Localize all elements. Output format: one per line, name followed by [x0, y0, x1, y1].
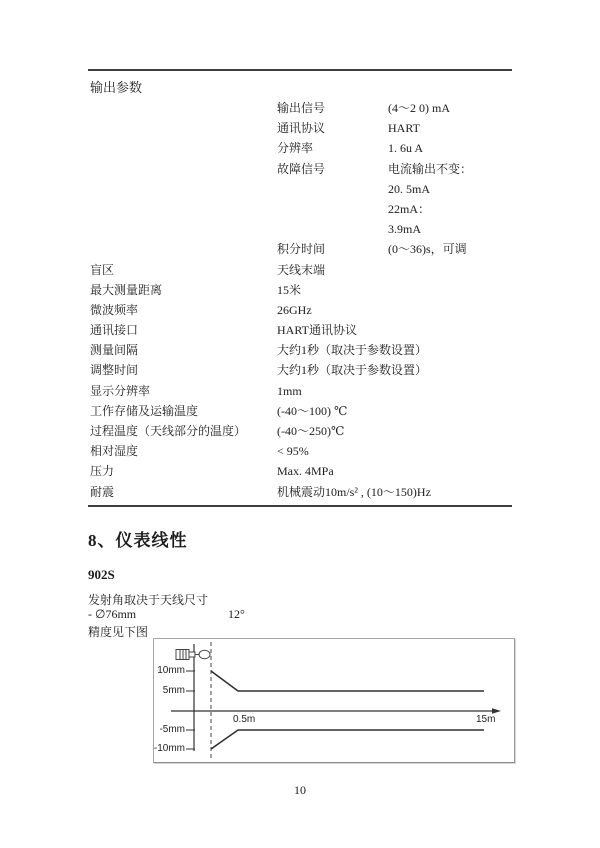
table-row: 工作存储及运输温度(-40～100) ℃ [90, 403, 520, 423]
y-tick-label: -10mm [152, 743, 185, 754]
section-heading: 8、仪表线性 [88, 526, 188, 551]
x-tick-label: 0.5m [233, 714, 255, 725]
antenna-diameter: - ∅76mm [88, 607, 136, 621]
table-row: 分辨率1. 6u A [90, 140, 520, 160]
param-label: 盲区 [90, 262, 114, 278]
param-value: (-40～100) ℃ [277, 403, 347, 419]
table-row: 通讯接口HART通讯协议 [90, 322, 520, 342]
param-value: Max. 4MPa [277, 463, 334, 479]
table-row: 耐震机械震动10m/s² , (10～150)Hz [90, 484, 520, 504]
param-value: 26GHz [277, 302, 312, 318]
antenna-size-line: - ∅76mm 12° [88, 607, 136, 622]
sensor-icon [176, 650, 210, 660]
y-tick-label: 5mm [152, 685, 185, 696]
table-row: 22mA： [90, 201, 520, 221]
table-row: 过程温度（天线部分的温度）(-40～250)℃ [90, 423, 520, 443]
param-value: 大约1秒（取决于参数设置） [277, 342, 427, 358]
param-value: 机械震动10m/s² , (10～150)Hz [277, 484, 431, 500]
param-label: 故障信号 [277, 161, 325, 177]
params-heading: 输出参数 [90, 77, 142, 96]
table-row: 20. 5mA [90, 181, 520, 201]
param-value: 大约1秒（取决于参数设置） [277, 362, 427, 378]
table-row: 盲区天线末端 [90, 262, 520, 282]
param-value: 1. 6u A [388, 140, 423, 156]
beam-angle-note: 发射角取决于天线尺寸 [88, 591, 208, 608]
table-row: 故障信号电流输出不变： [90, 161, 520, 181]
param-value: 天线末端 [277, 262, 325, 278]
param-label: 通讯接口 [90, 322, 138, 338]
param-label: 过程温度（天线部分的温度） [90, 423, 246, 439]
param-label: 最大测量距离 [90, 282, 162, 298]
param-label: 调整时间 [90, 362, 138, 378]
model-name: 902S [88, 567, 115, 583]
accuracy-diagram: 10mm 5mm -5mm -10mm 0.5m 15m [153, 638, 515, 763]
param-value: 电流输出不变： [388, 161, 472, 177]
section-divider [88, 505, 512, 507]
x-tick-label: 15m [476, 714, 495, 725]
param-label: 输出信号 [277, 100, 325, 116]
document-page: 输出参数 输出信号(4～2 0) mA 通讯协议HART 分辨率1. 6u A … [0, 0, 600, 848]
param-label: 工作存储及运输温度 [90, 403, 198, 419]
beam-angle-value: 12° [228, 607, 245, 622]
param-label: 测量间隔 [90, 342, 138, 358]
param-value: HART通讯协议 [277, 322, 357, 338]
table-row: 压力Max. 4MPa [90, 463, 520, 483]
accuracy-note: 精度见下图 [88, 623, 148, 640]
param-label: 压力 [90, 463, 114, 479]
param-label: 微波频率 [90, 302, 138, 318]
table-row: 测量间隔大约1秒（取决于参数设置） [90, 342, 520, 362]
spec-table: 输出信号(4～2 0) mA 通讯协议HART 分辨率1. 6u A 故障信号电… [90, 100, 520, 504]
param-label: 显示分辨率 [90, 383, 150, 399]
table-row: 相对湿度< 95% [90, 443, 520, 463]
table-row: 通讯协议HART [90, 120, 520, 140]
param-value: (0～36)s，可调 [388, 241, 467, 257]
param-value: < 95% [277, 443, 309, 459]
param-value: (-40～250)℃ [277, 423, 344, 439]
param-label: 相对湿度 [90, 443, 138, 459]
table-row: 积分时间(0～36)s，可调 [90, 241, 520, 261]
param-label: 通讯协议 [277, 120, 325, 136]
param-value: 3.9mA [388, 221, 421, 237]
param-value: (4～2 0) mA [388, 100, 450, 116]
accuracy-plot-lines [154, 639, 514, 762]
table-row: 输出信号(4～2 0) mA [90, 100, 520, 120]
table-row: 微波频率26GHz [90, 302, 520, 322]
param-label: 耐震 [90, 484, 114, 500]
top-divider [88, 69, 512, 71]
param-value: 20. 5mA [388, 181, 430, 197]
table-row: 3.9mA [90, 221, 520, 241]
table-row: 调整时间大约1秒（取决于参数设置） [90, 362, 520, 382]
y-tick-label: -5mm [152, 724, 185, 735]
table-row: 显示分辨率1mm [90, 383, 520, 403]
param-value: HART [388, 120, 420, 136]
page-number: 10 [0, 783, 600, 798]
param-label: 分辨率 [277, 140, 313, 156]
y-tick-label: 10mm [152, 665, 185, 676]
table-row: 最大测量距离15米 [90, 282, 520, 302]
param-label: 积分时间 [277, 241, 325, 257]
param-value: 1mm [277, 383, 302, 399]
param-value: 22mA： [388, 201, 430, 217]
param-value: 15米 [277, 282, 301, 298]
